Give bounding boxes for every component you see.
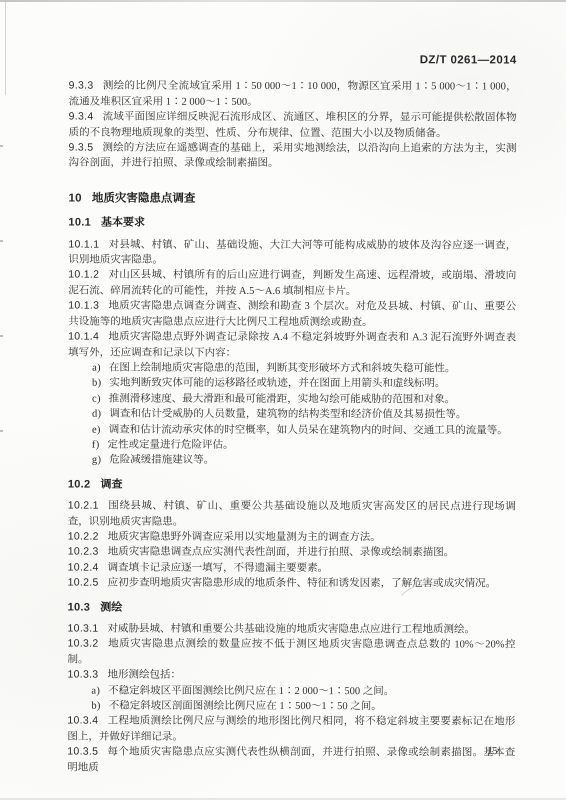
clause-text: 测绘的比例尺全流域宜采用 1∶50 000～1∶10 000，物源区宜采用 1∶… bbox=[69, 81, 517, 108]
list-text: 定性或定量进行危险评估。 bbox=[108, 440, 234, 451]
clause-number: 10.3.4 bbox=[67, 715, 98, 727]
clause-number: 10.3.2 bbox=[68, 638, 99, 650]
list-text: 调查和估计受威胁的人员数量，建筑物的结构类型和经济价值及其易损性等。 bbox=[109, 409, 466, 421]
clause-text: 对县城、村镇、矿山、基础设施、大江大河等可能构成威胁的坡体及沟谷应逐一调查，识别… bbox=[68, 239, 516, 266]
clause-number: 10.1.3 bbox=[68, 300, 99, 312]
clause-number: 10.2.4 bbox=[68, 561, 99, 573]
list-label: f) bbox=[92, 440, 100, 451]
clause-text: 测绘的方法应在遥感调查的基础上，采用实地测绘法，以沿沟向上追索的方法为主，实测沟… bbox=[69, 143, 517, 170]
list-item-d: d)调查和估计受威胁的人员数量，建筑物的结构类型和经济价值及其易损性等。 bbox=[68, 407, 516, 423]
list-text: 不稳定斜坡区剖面图测绘比例尺应在 1∶500～1∶50 之间。 bbox=[109, 701, 382, 713]
clause-10-2-2: 10.2.2地质灾害隐患野外调查应采用以实地量测为主的调查方法。 bbox=[68, 529, 516, 545]
list-item-a: a)在图上绘制地质灾害隐患的范围，判断其变形破坏方式和斜坡失稳可能性。 bbox=[68, 360, 516, 376]
clause-10-2-3: 10.2.3地质灾害隐患调查点应实测代表性剖面，并进行拍照、录像或绘制素描图。 bbox=[68, 545, 516, 561]
section-number: 10 bbox=[68, 192, 81, 204]
clause-10-3-3: 10.3.3地形测绘包括： bbox=[67, 668, 515, 684]
list-label: d) bbox=[92, 409, 101, 420]
clause-text: 工程地质测绘比例尺应与测绘的地形图比例尺相同，将不稳定斜坡主要要素标记在地形图上… bbox=[67, 716, 515, 743]
clause-text: 地形测绘包括： bbox=[107, 670, 181, 681]
clause-10-3-5: 10.3.5每个地质灾害隐患点应实测代表性纵横剖面，并进行拍照、录像或绘制素描图… bbox=[67, 745, 515, 777]
clause-9-3-5: 9.3.5测绘的方法应在遥感调查的基础上，采用实地测绘法，以沿沟向上追索的方法为… bbox=[69, 141, 517, 173]
clause-text: 地质灾害隐患点测绘的数量应按不低于测区地质灾害隐患调查点总数的 10%～20%控… bbox=[67, 639, 515, 665]
standard-number-header: DZ/T 0261—2014 bbox=[69, 53, 517, 69]
scan-artifact-tick bbox=[0, 430, 3, 432]
clause-number: 10.2.1 bbox=[68, 500, 99, 512]
clause-text: 地质灾害隐患点野外调查记录除按 A.4 不稳定斜坡野外调查表和 A.3 泥石流野… bbox=[68, 332, 516, 359]
section-title: 调查 bbox=[100, 478, 122, 490]
section-number: 10.2 bbox=[68, 478, 91, 490]
clause-text: 调查填卡记录应逐一填写，不得遗漏主要要素。 bbox=[108, 562, 329, 573]
list-text: 调查和估计流动承灾体的时空概率，如人员呆在建筑物内的时间、交通工具的流量等。 bbox=[109, 424, 508, 436]
clause-text: 地质灾害隐患点调查分调查、测绘和勘查 3 个层次。对危及县城、村镇、矿山、重要公… bbox=[68, 301, 516, 328]
clause-number: 10.2.2 bbox=[68, 530, 99, 542]
clause-text: 应初步查明地质灾害隐患形成的地质条件、特征和诱发因素，了解危害或成灾情况。 bbox=[108, 578, 497, 590]
clause-text: 对山区县城、村镇所有的后山应进行调查，判断发生高速、远程滑坡，或崩塌、滑坡向泥石… bbox=[68, 270, 516, 297]
scan-artifact-tick bbox=[0, 145, 3, 147]
clause-10-2-1: 10.2.1围绕县城、村镇、矿山、重要公共基础设施以及地质灾害高发区的居民点进行… bbox=[68, 499, 516, 531]
clause-text: 围绕县城、村镇、矿山、重要公共基础设施以及地质灾害高发区的居民点进行现场调查，识… bbox=[68, 501, 516, 528]
clause-10-1-3: 10.1.3地质灾害隐患点调查分调查、测绘和勘查 3 个层次。对危及县城、村镇、… bbox=[68, 299, 516, 331]
list-label: a) bbox=[92, 362, 101, 373]
page-number: 15 bbox=[487, 745, 498, 759]
list-label: b) bbox=[92, 378, 101, 389]
list-label: c) bbox=[92, 393, 101, 404]
list-label: g) bbox=[92, 455, 101, 466]
clause-10-3-2: 10.3.2地质灾害隐患点测绘的数量应按不低于测区地质灾害隐患调查点总数的 10… bbox=[67, 637, 515, 669]
list-item-b: b)不稳定斜坡区剖面图测绘比例尺应在 1∶500～1∶50 之间。 bbox=[67, 699, 515, 715]
list-item-e: e)调查和估计流动承灾体的时空概率，如人员呆在建筑物内的时间、交通工具的流量等。 bbox=[68, 422, 516, 438]
scan-artifact-tick bbox=[0, 240, 3, 242]
clause-text: 地质灾害隐患调查点应实测代表性剖面，并进行拍照、录像或绘制素描图。 bbox=[108, 547, 455, 559]
clause-number: 9.3.3 bbox=[69, 80, 94, 92]
list-item-a: a)不稳定斜坡区平面图测绘比例尺应在 1∶2 000～1∶500 之间。 bbox=[67, 683, 515, 699]
list-text: 实地判断致灾体可能的运移路径或轨迹，并在图面上用箭头和虚线标明。 bbox=[109, 378, 445, 390]
section-heading-10-2: 10.2调查 bbox=[68, 477, 516, 493]
clause-10-2-5: 10.2.5应初步查明地质灾害隐患形成的地质条件、特征和诱发因素，了解危害或成灾… bbox=[68, 576, 516, 592]
list-label: e) bbox=[92, 424, 101, 435]
clause-text: 流域平面图应详细反映泥石流形成区、流通区、堆积区的分界，显示可能提供松散固体物质… bbox=[69, 112, 517, 139]
section-heading-10-3: 10.3测绘 bbox=[68, 600, 516, 616]
section-heading-10: 10地质灾害隐患点调查 bbox=[68, 191, 516, 207]
list-text: 危险减缓措施建议等。 bbox=[109, 455, 214, 466]
list-text: 不稳定斜坡区平面图测绘比例尺应在 1∶2 000～1∶500 之间。 bbox=[108, 685, 394, 697]
section-heading-10-1: 10.1基本要求 bbox=[68, 216, 516, 232]
clause-10-2-4: 10.2.4调查填卡记录应逐一填写，不得遗漏主要要素。 bbox=[68, 560, 516, 576]
clause-number: 10.1.4 bbox=[68, 331, 99, 343]
clause-9-3-3: 9.3.3测绘的比例尺全流域宜采用 1∶50 000～1∶10 000，物源区宜… bbox=[69, 79, 517, 111]
clause-number: 10.3.5 bbox=[67, 746, 98, 758]
list-label: b) bbox=[91, 701, 100, 712]
list-item-c: c)推测滑移速度、最大滑距和最可能滑距，实地勾绘可能威胁的范围和对象。 bbox=[68, 391, 516, 407]
clause-10-1-1: 10.1.1对县城、村镇、矿山、基础设施、大江大河等可能构成威胁的坡体及沟谷应逐… bbox=[68, 237, 516, 269]
section-title: 测绘 bbox=[100, 601, 122, 613]
list-item-b: b)实地判断致灾体可能的运移路径或轨迹，并在图面上用箭头和虚线标明。 bbox=[68, 376, 516, 392]
section-number: 10.3 bbox=[68, 601, 91, 613]
clause-number: 9.3.4 bbox=[69, 111, 94, 123]
list-label: a) bbox=[91, 685, 100, 696]
list-text: 在图上绘制地质灾害隐患的范围，判断其变形破坏方式和斜坡失稳可能性。 bbox=[109, 363, 456, 375]
clause-10-1-4: 10.1.4地质灾害隐患点野外调查记录除按 A.4 不稳定斜坡野外调查表和 A.… bbox=[68, 330, 516, 362]
section-title: 地质灾害隐患点调查 bbox=[92, 192, 196, 204]
clause-number: 10.1.2 bbox=[68, 269, 99, 281]
scan-edge-left bbox=[5, 0, 6, 95]
list-item-f: f)定性或定量进行危险评估。 bbox=[68, 437, 516, 453]
clause-10-3-4: 10.3.4工程地质测绘比例尺应与测绘的地形图比例尺相同，将不稳定斜坡主要要素标… bbox=[67, 714, 515, 746]
clause-number: 10.3.3 bbox=[67, 669, 98, 681]
clause-text: 地质灾害隐患野外调查应采用以实地量测为主的调查方法。 bbox=[108, 532, 381, 544]
scanned-document-page: DZ/T 0261—2014 9.3.3测绘的比例尺全流域宜采用 1∶50 00… bbox=[0, 0, 566, 800]
clause-10-1-2: 10.1.2对山区县城、村镇所有的后山应进行调查，判断发生高速、远程滑坡，或崩塌… bbox=[68, 268, 516, 300]
section-title: 基本要求 bbox=[101, 217, 145, 229]
clause-number: 10.2.5 bbox=[68, 577, 99, 589]
list-text: 推测滑移速度、最大滑距和最可能滑距，实地勾绘可能威胁的范围和对象。 bbox=[109, 393, 456, 405]
clause-number: 10.2.3 bbox=[68, 546, 99, 558]
document-content: DZ/T 0261—2014 9.3.3测绘的比例尺全流域宜采用 1∶50 00… bbox=[67, 53, 517, 777]
clause-10-3-1: 10.3.1对威胁县城、村镇和重要公共基础设施的地质灾害隐患点应进行工程地质测绘… bbox=[68, 622, 516, 638]
clause-number: 10.3.1 bbox=[68, 623, 99, 635]
clause-text: 每个地质灾害隐患点应实测代表性纵横剖面，并进行拍照、录像或绘制素描图。基本查明地… bbox=[67, 747, 515, 773]
scan-artifact-tick bbox=[0, 335, 3, 337]
scan-edge-top bbox=[0, 0, 566, 2]
clause-number: 9.3.5 bbox=[69, 142, 94, 154]
clause-text: 对威胁县城、村镇和重要公共基础设施的地质灾害隐患点应进行工程地质测绘。 bbox=[108, 624, 476, 636]
list-item-g: g)危险减缓措施建议等。 bbox=[68, 453, 516, 469]
section-number: 10.1 bbox=[68, 217, 91, 229]
clause-9-3-4: 9.3.4流域平面图应详细反映泥石流形成区、流通区、堆积区的分界，显示可能提供松… bbox=[69, 110, 517, 142]
clause-number: 10.1.1 bbox=[68, 238, 99, 250]
